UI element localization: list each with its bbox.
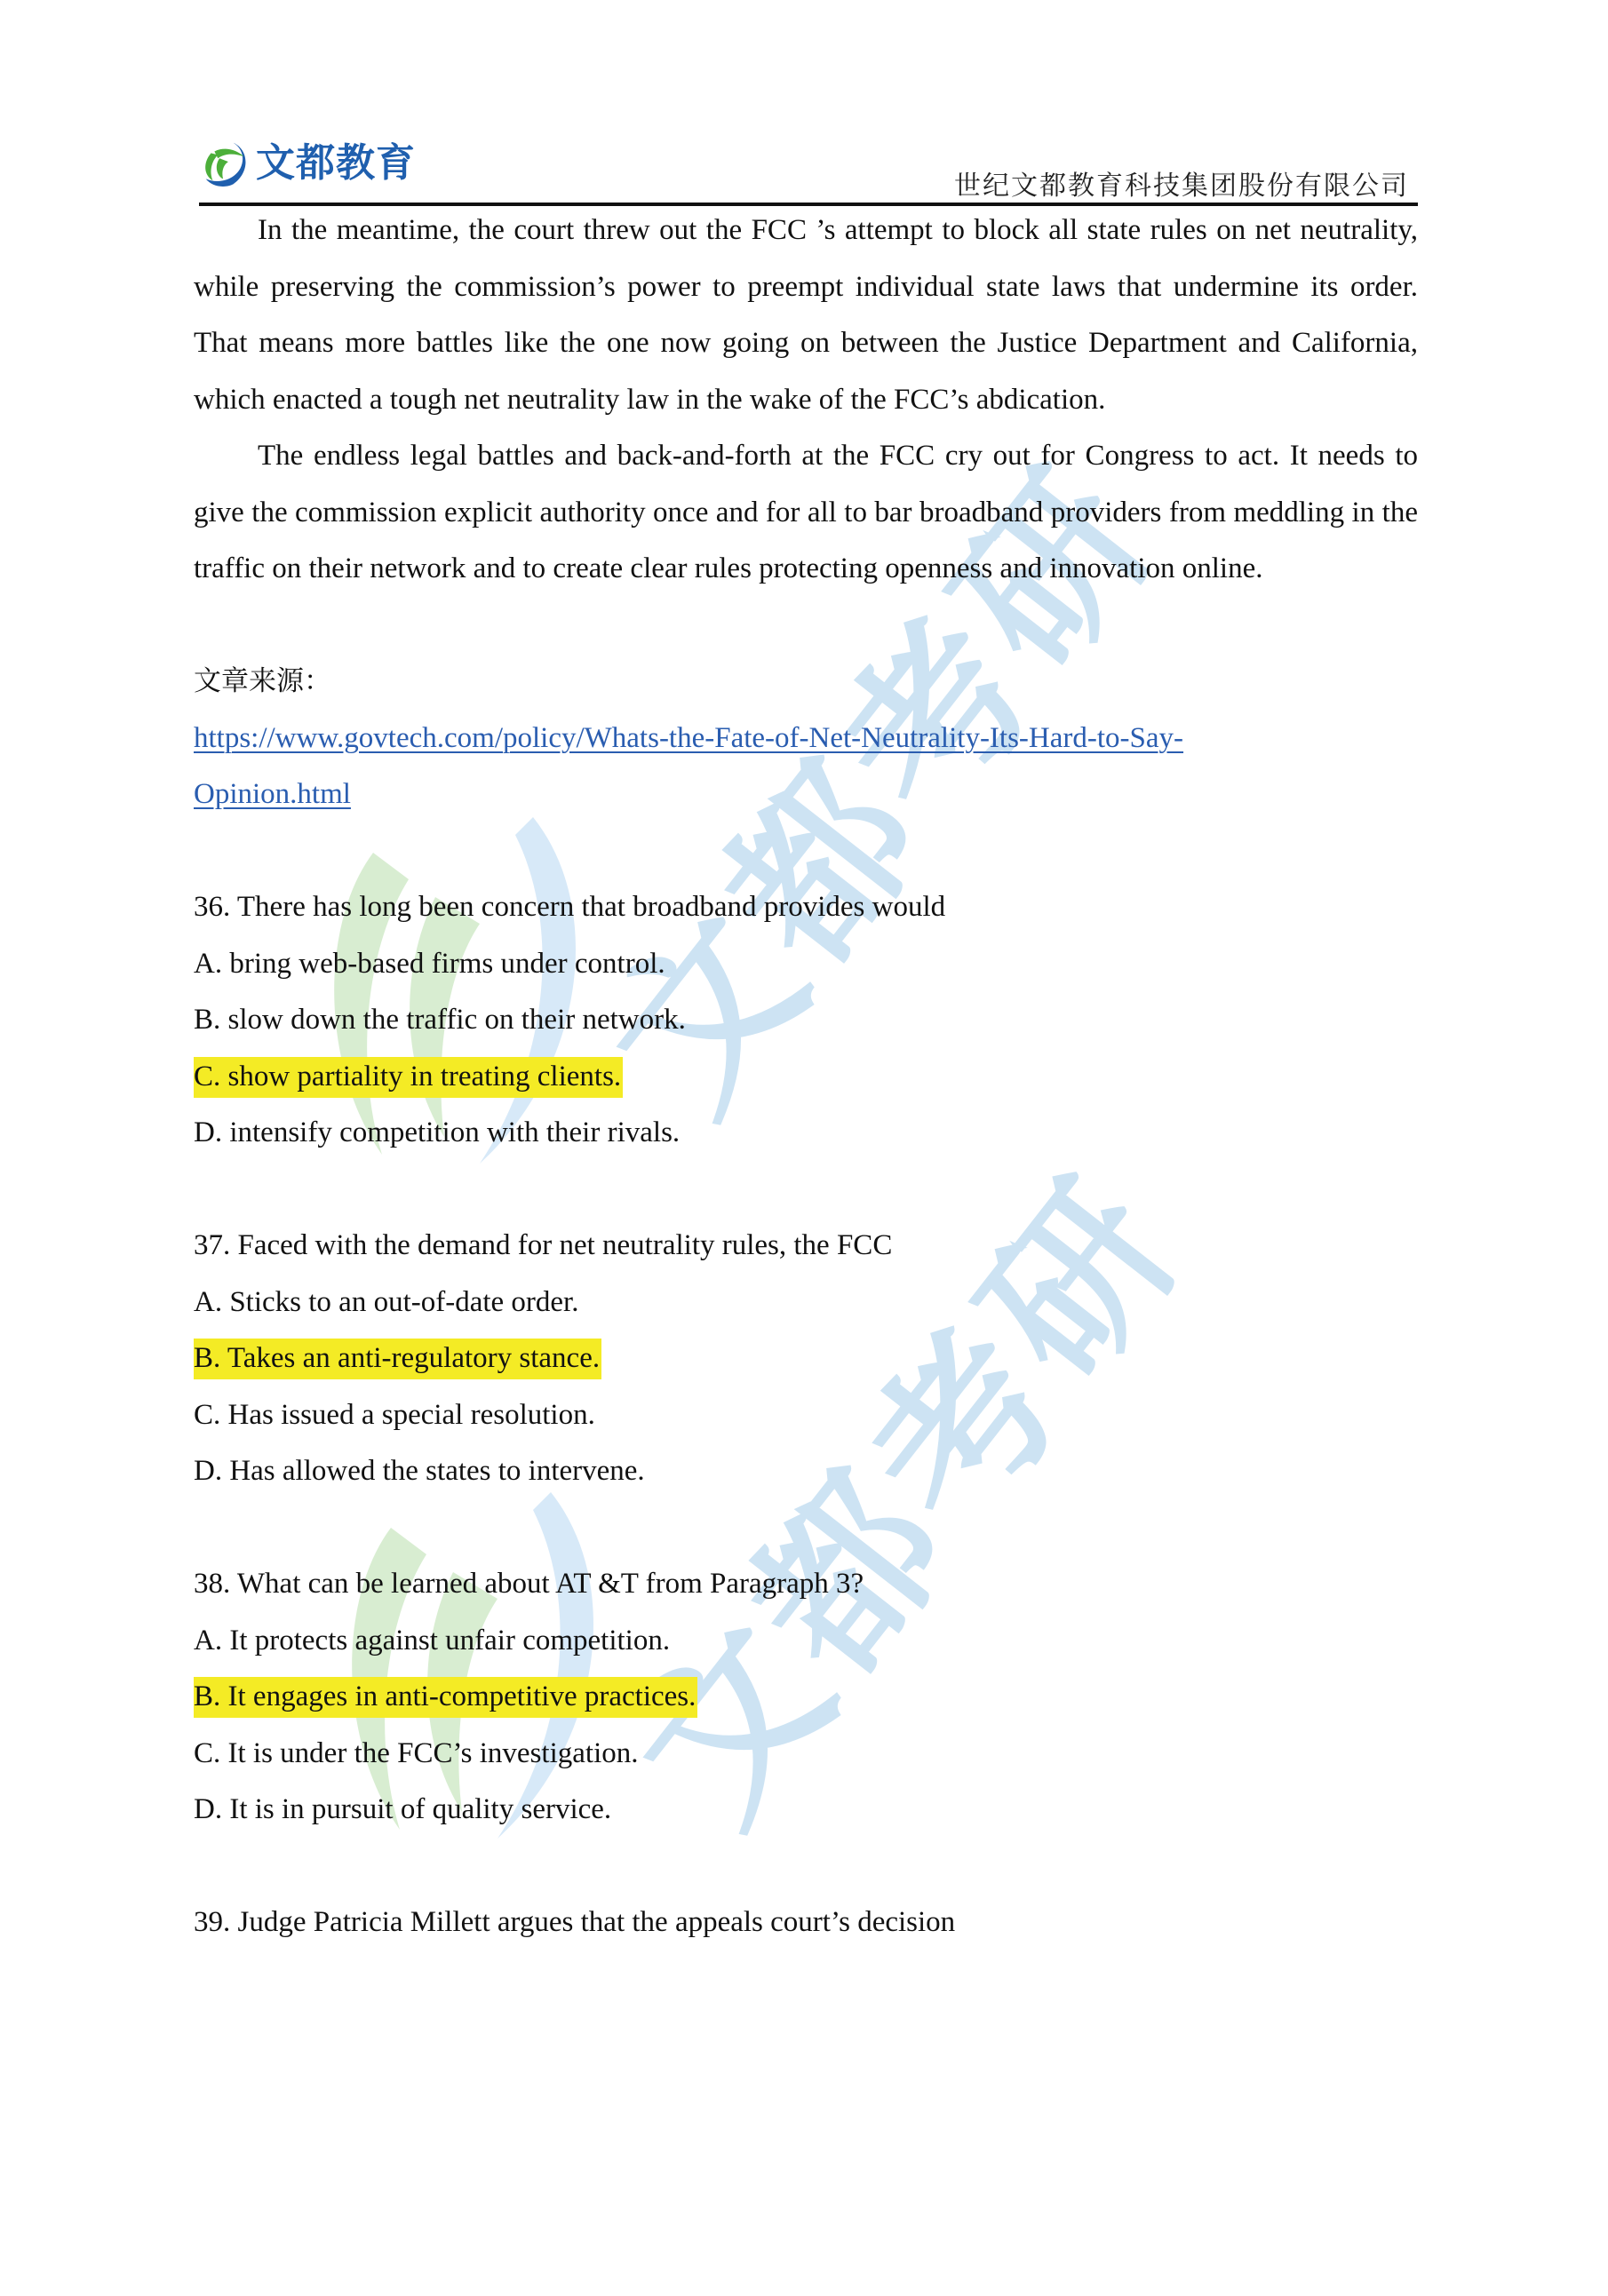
option-a: A. bring web-based firms under control.	[194, 948, 665, 980]
option-b-highlighted: B. Takes an anti-regulatory stance.	[194, 1339, 601, 1379]
brand-logo: 文都教育	[199, 137, 416, 190]
option-d: D. intensify competition with their riva…	[194, 1116, 680, 1148]
question-stem: 37. Faced with the demand for net neutra…	[194, 1218, 1418, 1275]
option-c-highlighted: C. show partiality in treating clients.	[194, 1057, 623, 1098]
source-link[interactable]: Opinion.html	[194, 778, 351, 810]
option-c: C. It is under the FCC’s investigation.	[194, 1737, 639, 1769]
question-37: 37. Faced with the demand for net neutra…	[194, 1218, 1418, 1500]
option-a: A. It protects against unfair competitio…	[194, 1625, 670, 1656]
option-d: D. Has allowed the states to intervene.	[194, 1455, 645, 1487]
source-link[interactable]: https://www.govtech.com/policy/Whats-the…	[194, 722, 1183, 754]
option-a: A. Sticks to an out-of-date order.	[194, 1286, 578, 1318]
question-36: 36. There has long been concern that bro…	[194, 879, 1418, 1162]
page-header: 文都教育 世纪文都教育科技集团股份有限公司	[199, 133, 1418, 204]
question-stem: 39. Judge Patricia Millett argues that t…	[194, 1895, 1418, 1951]
question-38: 38. What can be learned about AT &T from…	[194, 1556, 1418, 1839]
source-label: 文章来源：	[194, 654, 1418, 711]
question-stem: 36. There has long been concern that bro…	[194, 879, 1418, 936]
document-body: In the meantime, the court threw out the…	[194, 203, 1418, 1951]
option-b-highlighted: B. It engages in anti-competitive practi…	[194, 1677, 697, 1718]
option-b: B. slow down the traffic on their networ…	[194, 1004, 686, 1036]
option-d: D. It is in pursuit of quality service.	[194, 1793, 611, 1825]
passage-paragraph: In the meantime, the court threw out the…	[194, 203, 1418, 428]
wendu-logo-icon	[199, 137, 251, 190]
option-c: C. Has issued a special resolution.	[194, 1399, 595, 1431]
company-name: 世纪文都教育科技集团股份有限公司	[954, 163, 1409, 203]
logo-text: 文都教育	[256, 137, 416, 190]
question-39: 39. Judge Patricia Millett argues that t…	[194, 1895, 1418, 1951]
question-stem: 38. What can be learned about AT &T from…	[194, 1556, 1418, 1613]
passage-paragraph: The endless legal battles and back-and-f…	[194, 428, 1418, 598]
